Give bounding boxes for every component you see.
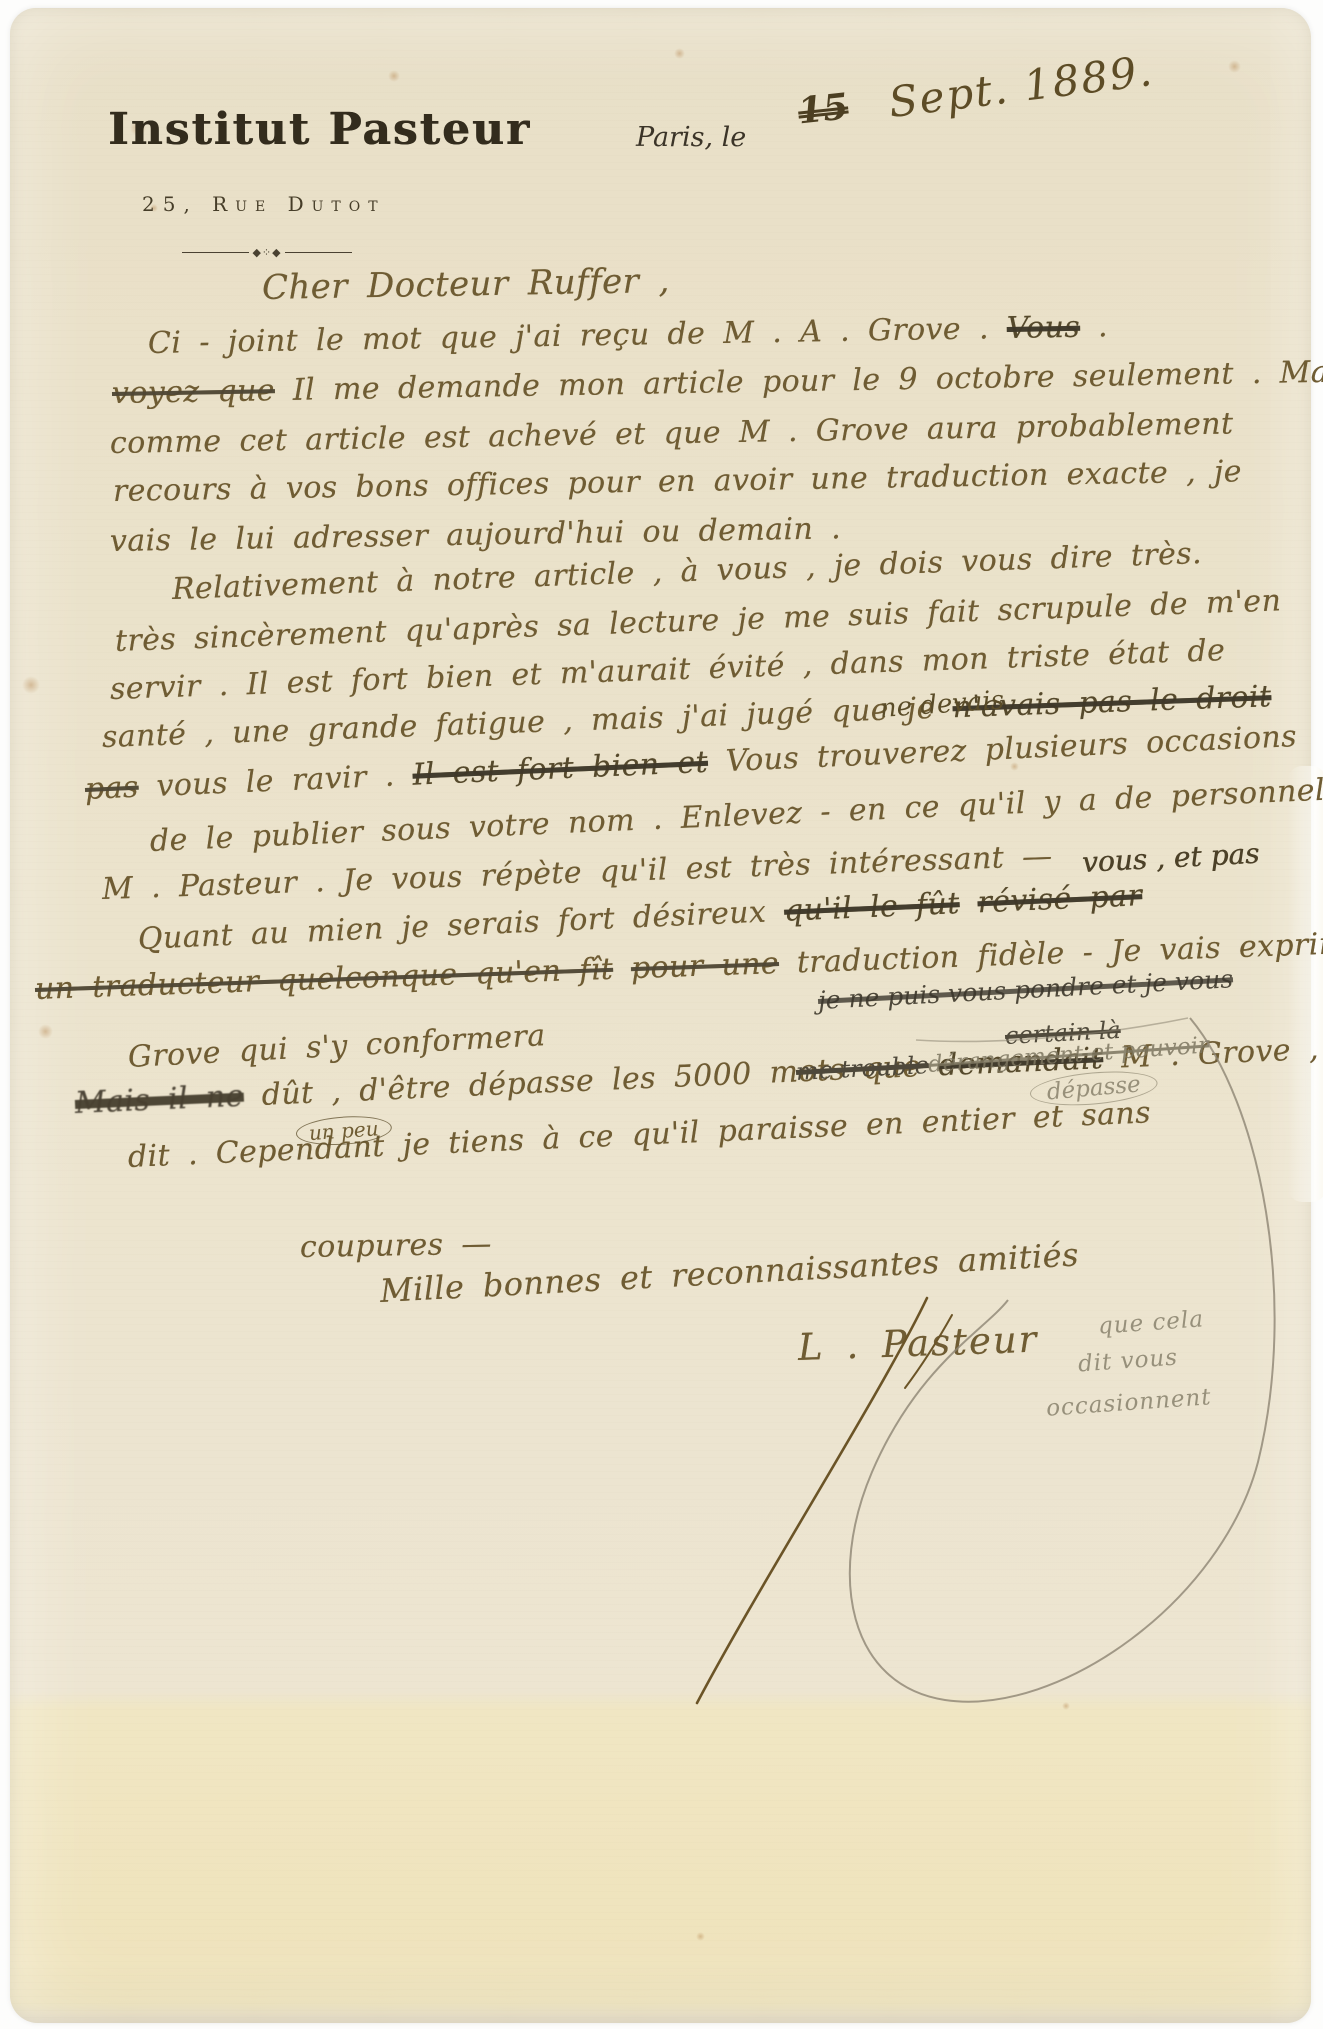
handwriting-text [959,885,978,921]
handwriting-text: L . Pasteur [797,1318,1039,1369]
handwriting-text: coupures — [300,1227,492,1265]
struck-text: voyez que [112,373,276,411]
letterhead-address: 25, Rue Dutot [142,192,386,216]
letterhead-institution: Institut Pasteur [108,104,531,155]
handwriting-text: . [1080,309,1108,344]
ornament-rule-left [182,252,249,253]
handwriting-text: Cher Docteur Ruffer , [262,261,670,308]
ornament-diamond-icon: ◆⁘◆ [249,246,284,259]
struck-text: Vous [1006,310,1080,346]
page-edge-highlight [1288,766,1323,1202]
date-day-struck: 15 [796,85,850,132]
foxing-spot [696,1932,705,1941]
handwritten-line: Cher Docteur Ruffer , [262,261,670,308]
handwriting-text [612,951,631,987]
struck-text: révisé par [977,878,1143,920]
letterhead-dateline: Paris, le [636,122,746,153]
ornament-rule-right [285,252,352,253]
handwritten-line: L . Pasteur [797,1318,1039,1369]
struck-text: pour une [630,946,779,986]
struck-text: Mais il ne [74,1079,244,1121]
foxing-spot [674,48,685,59]
foxing-spot [388,70,400,82]
letterhead-ornament: ◆⁘◆ [182,246,352,259]
foxing-spot [22,676,40,694]
struck-text: pas [84,770,139,807]
scanned-letter: Institut Pasteur 25, Rue Dutot ◆⁘◆ Paris… [0,0,1323,2029]
foxing-spot [38,1024,53,1039]
foxing-spot [1228,60,1241,73]
handwritten-line: coupures — [300,1227,492,1265]
foxing-spot [1062,1702,1070,1710]
